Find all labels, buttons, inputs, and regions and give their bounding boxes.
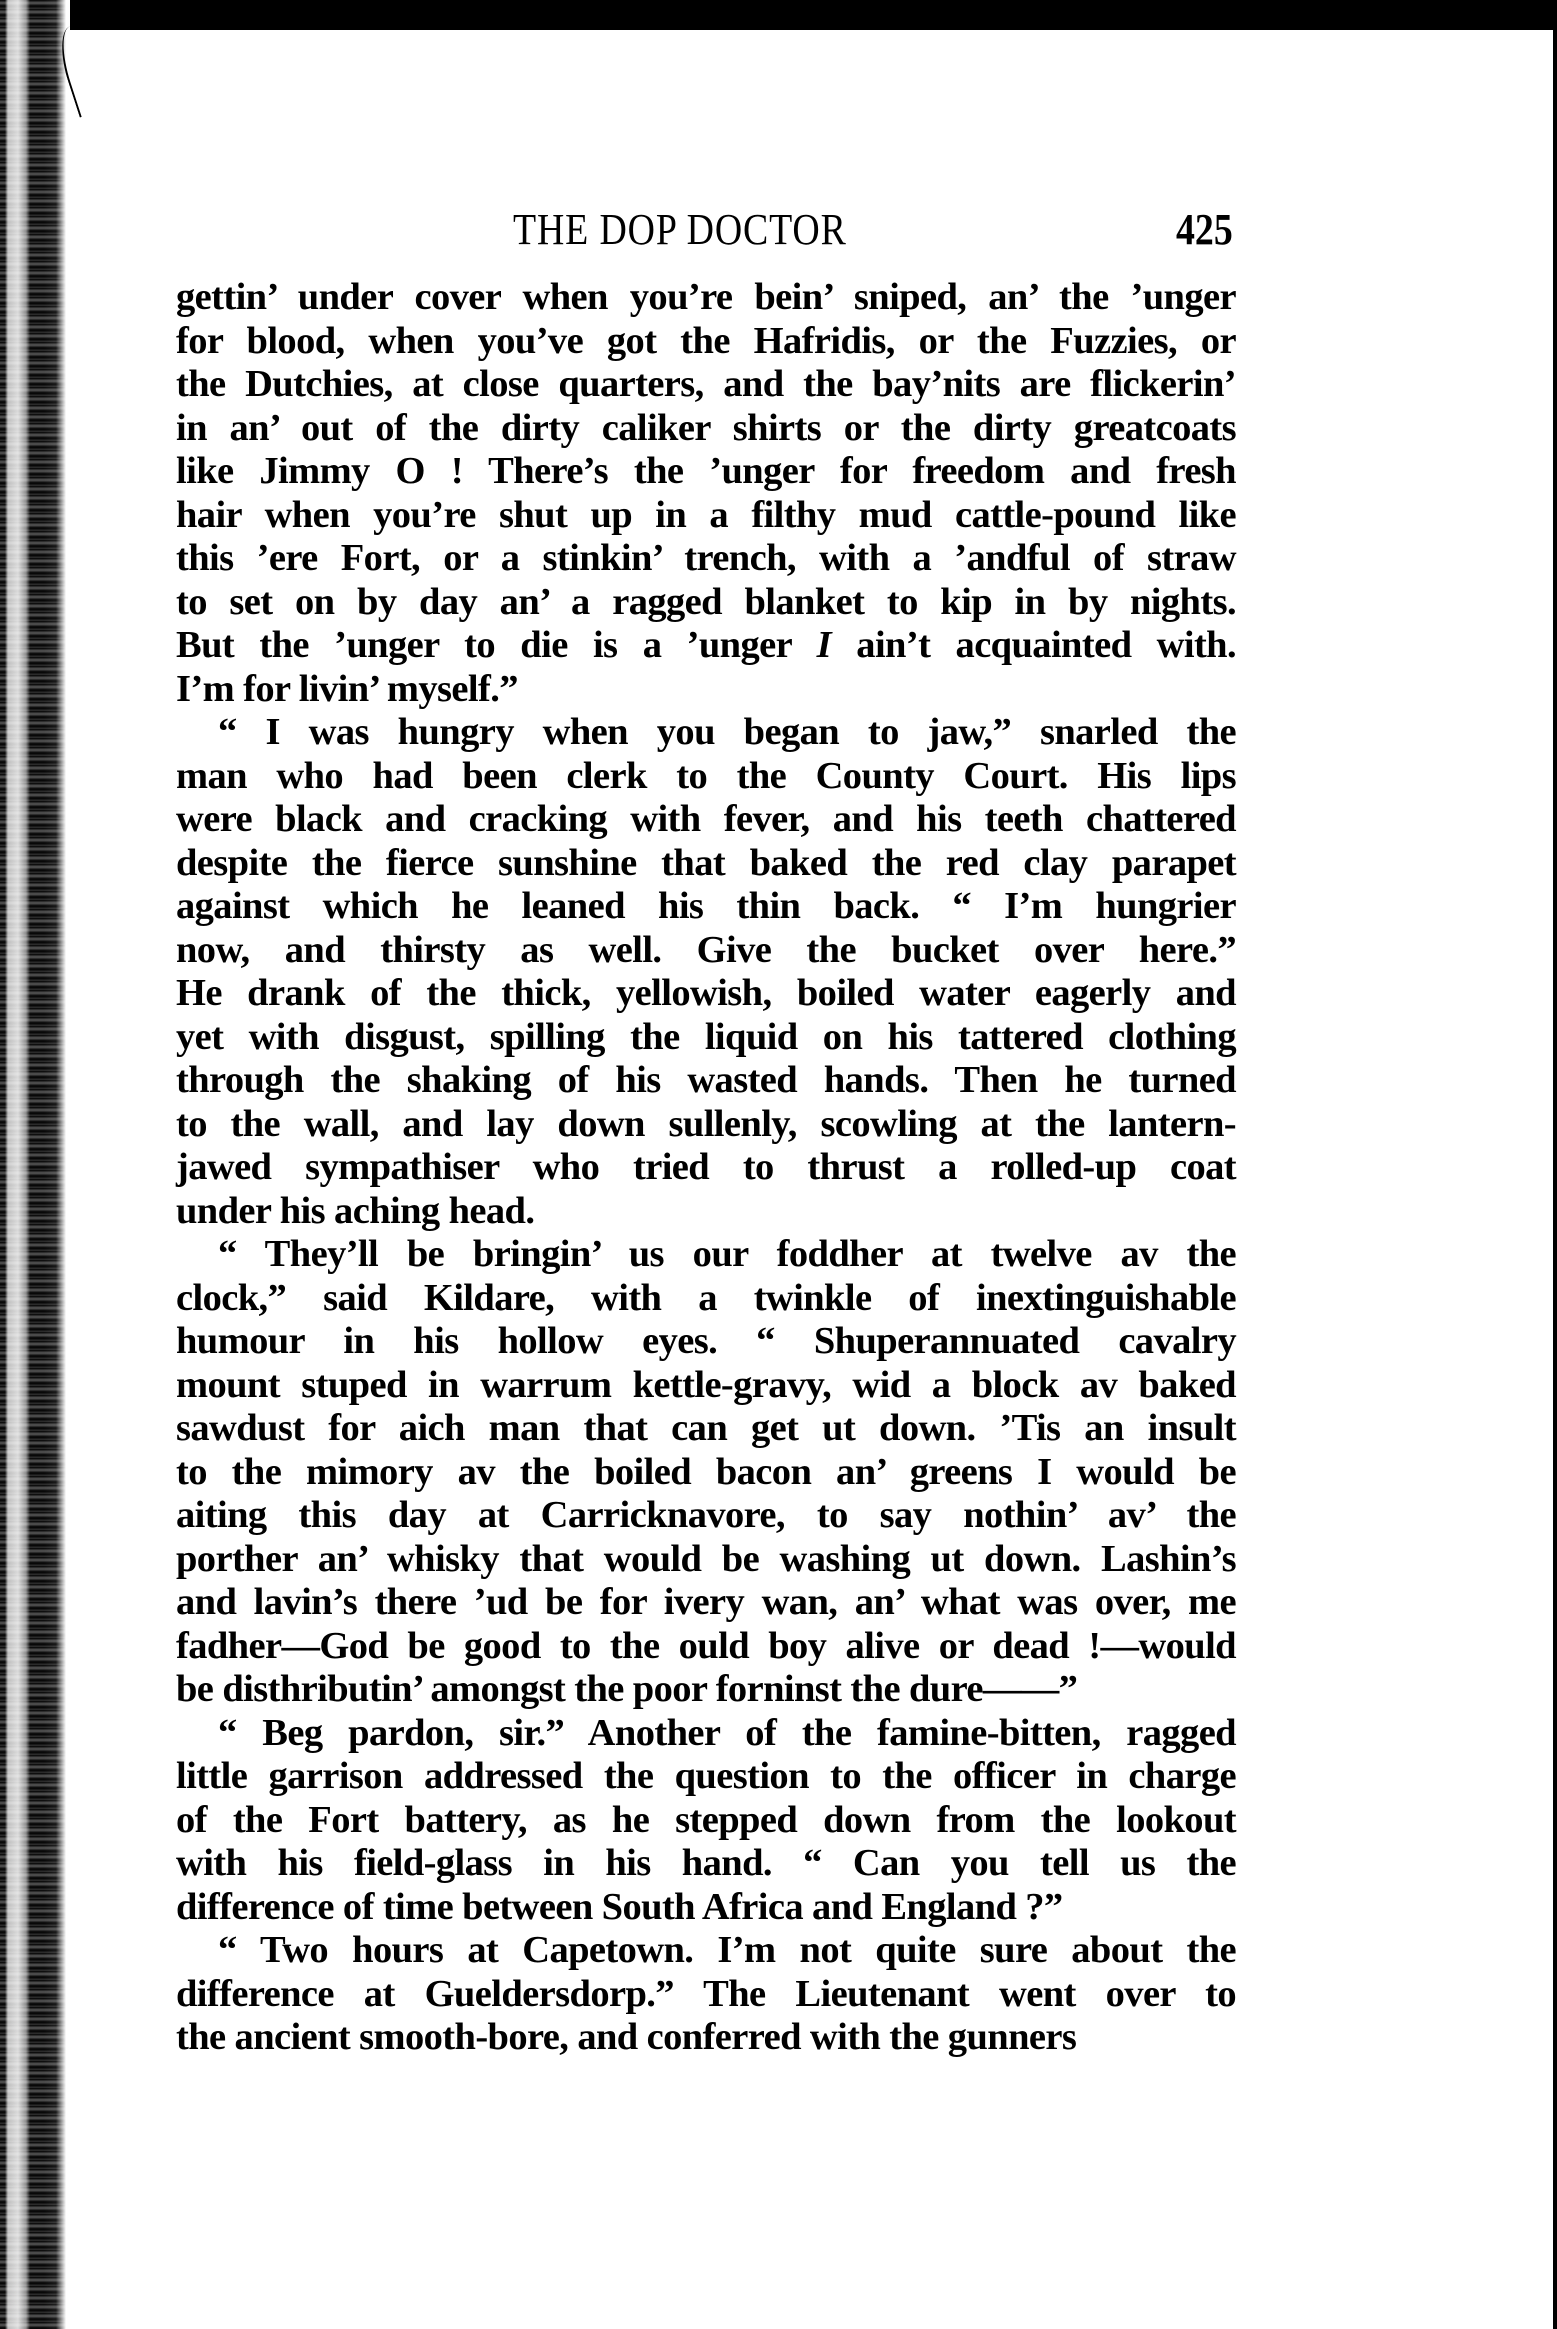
- text-line-content: be disthributin’ amongst the poor fornin…: [176, 1668, 1236, 1712]
- scan-top-border: [0, 0, 1557, 30]
- text-line: little garrison addressed the question t…: [176, 1755, 1236, 1799]
- text-line: of the Fort battery, as he stepped down …: [176, 1799, 1236, 1843]
- text-line-content: against which he leaned his thin back. “…: [176, 885, 1236, 929]
- text-line-content: of the Fort battery, as he stepped down …: [176, 1799, 1236, 1843]
- text-line: against which he leaned his thin back. “…: [176, 885, 1236, 929]
- running-head: THE DOP DOCTOR: [513, 206, 847, 254]
- text-line: to set on by day an’ a ragged blanket to…: [176, 581, 1236, 625]
- emphasis: I: [817, 624, 831, 666]
- text-line: despite the fierce sunshine that baked t…: [176, 842, 1236, 886]
- text-line-content: hair when you’re shut up in a filthy mud…: [176, 494, 1236, 538]
- text-line-content: the Dutchies, at close quarters, and the…: [176, 363, 1236, 407]
- text-line-content: “ Beg pardon, sir.” Another of the famin…: [218, 1712, 1236, 1756]
- text-line: I’m for livin’ myself.”: [176, 668, 1236, 712]
- text-line: were black and cracking with fever, and …: [176, 798, 1236, 842]
- text-line-content: little garrison addressed the question t…: [176, 1755, 1236, 1799]
- text-line: in an’ out of the dirty caliker shirts o…: [176, 407, 1236, 451]
- text-line: difference of time between South Africa …: [176, 1886, 1236, 1930]
- text-line-content: But the ’unger to die is a ’unger I ain’…: [176, 624, 1236, 668]
- text-line: under his aching head.: [176, 1190, 1236, 1234]
- text-line: “ Two hours at Capetown. I’m not quite s…: [176, 1929, 1236, 1973]
- text-line-content: to set on by day an’ a ragged blanket to…: [176, 581, 1236, 625]
- text-line: the Dutchies, at close quarters, and the…: [176, 363, 1236, 407]
- text-line: and lavin’s there ’ud be for ivery wan, …: [176, 1581, 1236, 1625]
- text-line: humour in his hollow eyes. “ Shuperannua…: [176, 1320, 1236, 1364]
- text-line: sawdust for aich man that can get ut dow…: [176, 1407, 1236, 1451]
- text-line-content: for blood, when you’ve got the Hafridis,…: [176, 320, 1236, 364]
- paragraph: “ They’ll be bringin’ us our foddher at …: [176, 1233, 1236, 1712]
- paragraph: “ Two hours at Capetown. I’m not quite s…: [176, 1929, 1236, 2060]
- text-line: aiting this day at Carricknavore, to say…: [176, 1494, 1236, 1538]
- paragraph: gettin’ under cover when you’re bein’ sn…: [176, 276, 1236, 711]
- scan-right-border: [1553, 0, 1557, 2329]
- text-line-content: to the mimory av the boiled bacon an’ gr…: [176, 1451, 1236, 1495]
- text-line-content: this ’ere Fort, or a stinkin’ trench, wi…: [176, 537, 1236, 581]
- text-line-content: I’m for livin’ myself.”: [176, 668, 1236, 712]
- text-line: difference at Gueldersdorp.” The Lieuten…: [176, 1973, 1236, 2017]
- text-line: be disthributin’ amongst the poor fornin…: [176, 1668, 1236, 1712]
- text-line-content: fadher—God be good to the ould boy alive…: [176, 1625, 1236, 1669]
- page-body: gettin’ under cover when you’re bein’ sn…: [176, 276, 1236, 2060]
- book-binding-edge: [0, 0, 70, 2329]
- text-line-content: mount stuped in warrum kettle-gravy, wid…: [176, 1364, 1236, 1408]
- paragraph: “ Beg pardon, sir.” Another of the famin…: [176, 1712, 1236, 1930]
- text-line-content: “ I was hungry when you began to jaw,” s…: [218, 711, 1236, 755]
- text-line: mount stuped in warrum kettle-gravy, wid…: [176, 1364, 1236, 1408]
- text-line: porther an’ whisky that would be washing…: [176, 1538, 1236, 1582]
- page-number: 425: [1176, 206, 1233, 254]
- text-line-content: the ancient smooth-bore, and conferred w…: [176, 2016, 1236, 2060]
- text-line: to the mimory av the boiled bacon an’ gr…: [176, 1451, 1236, 1495]
- text-line: jawed sympathiser who tried to thrust a …: [176, 1146, 1236, 1190]
- text-line-content: yet with disgust, spilling the liquid on…: [176, 1016, 1236, 1060]
- text-line: now, and thirsty as well. Give the bucke…: [176, 929, 1236, 973]
- text-line-content: humour in his hollow eyes. “ Shuperannua…: [176, 1320, 1236, 1364]
- text-line-content: difference of time between South Africa …: [176, 1886, 1236, 1930]
- text-line: “ Beg pardon, sir.” Another of the famin…: [176, 1712, 1236, 1756]
- text-line: like Jimmy O ! There’s the ’unger for fr…: [176, 450, 1236, 494]
- text-line-content: under his aching head.: [176, 1190, 1236, 1234]
- text-line: clock,” said Kildare, with a twinkle of …: [176, 1277, 1236, 1321]
- text-line-content: in an’ out of the dirty caliker shirts o…: [176, 407, 1236, 451]
- text-line-content: porther an’ whisky that would be washing…: [176, 1538, 1236, 1582]
- text-line-content: “ They’ll be bringin’ us our foddher at …: [218, 1233, 1236, 1277]
- text-line-content: difference at Gueldersdorp.” The Lieuten…: [176, 1973, 1236, 2017]
- text-line-content: aiting this day at Carricknavore, to say…: [176, 1494, 1236, 1538]
- text-line: “ They’ll be bringin’ us our foddher at …: [176, 1233, 1236, 1277]
- text-line-content: were black and cracking with fever, and …: [176, 798, 1236, 842]
- text-line: this ’ere Fort, or a stinkin’ trench, wi…: [176, 537, 1236, 581]
- text-line-content: man who had been clerk to the County Cou…: [176, 755, 1236, 799]
- text-line-content: through the shaking of his wasted hands.…: [176, 1059, 1236, 1103]
- text-line: man who had been clerk to the County Cou…: [176, 755, 1236, 799]
- text-line-content: gettin’ under cover when you’re bein’ sn…: [176, 276, 1236, 320]
- text-line-content: now, and thirsty as well. Give the bucke…: [176, 929, 1236, 973]
- text-line: He drank of the thick, yellowish, boiled…: [176, 972, 1236, 1016]
- text-line: for blood, when you’ve got the Hafridis,…: [176, 320, 1236, 364]
- text-line: fadher—God be good to the ould boy alive…: [176, 1625, 1236, 1669]
- text-line-content: “ Two hours at Capetown. I’m not quite s…: [218, 1929, 1236, 1973]
- text-line: gettin’ under cover when you’re bein’ sn…: [176, 276, 1236, 320]
- paragraph: “ I was hungry when you began to jaw,” s…: [176, 711, 1236, 1233]
- text-line-content: like Jimmy O ! There’s the ’unger for fr…: [176, 450, 1236, 494]
- text-line-content: despite the fierce sunshine that baked t…: [176, 842, 1236, 886]
- text-line: “ I was hungry when you began to jaw,” s…: [176, 711, 1236, 755]
- text-line: yet with disgust, spilling the liquid on…: [176, 1016, 1236, 1060]
- text-line: But the ’unger to die is a ’unger I ain’…: [176, 624, 1236, 668]
- text-line-content: sawdust for aich man that can get ut dow…: [176, 1407, 1236, 1451]
- text-line-content: clock,” said Kildare, with a twinkle of …: [176, 1277, 1236, 1321]
- text-line-content: and lavin’s there ’ud be for ivery wan, …: [176, 1581, 1236, 1625]
- text-line-content: jawed sympathiser who tried to thrust a …: [176, 1146, 1236, 1190]
- text-line: the ancient smooth-bore, and conferred w…: [176, 2016, 1236, 2060]
- text-line-content: to the wall, and lay down sullenly, scow…: [176, 1103, 1236, 1147]
- text-line: to the wall, and lay down sullenly, scow…: [176, 1103, 1236, 1147]
- text-line: through the shaking of his wasted hands.…: [176, 1059, 1236, 1103]
- text-line-content: He drank of the thick, yellowish, boiled…: [176, 972, 1236, 1016]
- text-line-content: with his field-glass in his hand. “ Can …: [176, 1842, 1236, 1886]
- text-line: hair when you’re shut up in a filthy mud…: [176, 494, 1236, 538]
- text-line: with his field-glass in his hand. “ Can …: [176, 1842, 1236, 1886]
